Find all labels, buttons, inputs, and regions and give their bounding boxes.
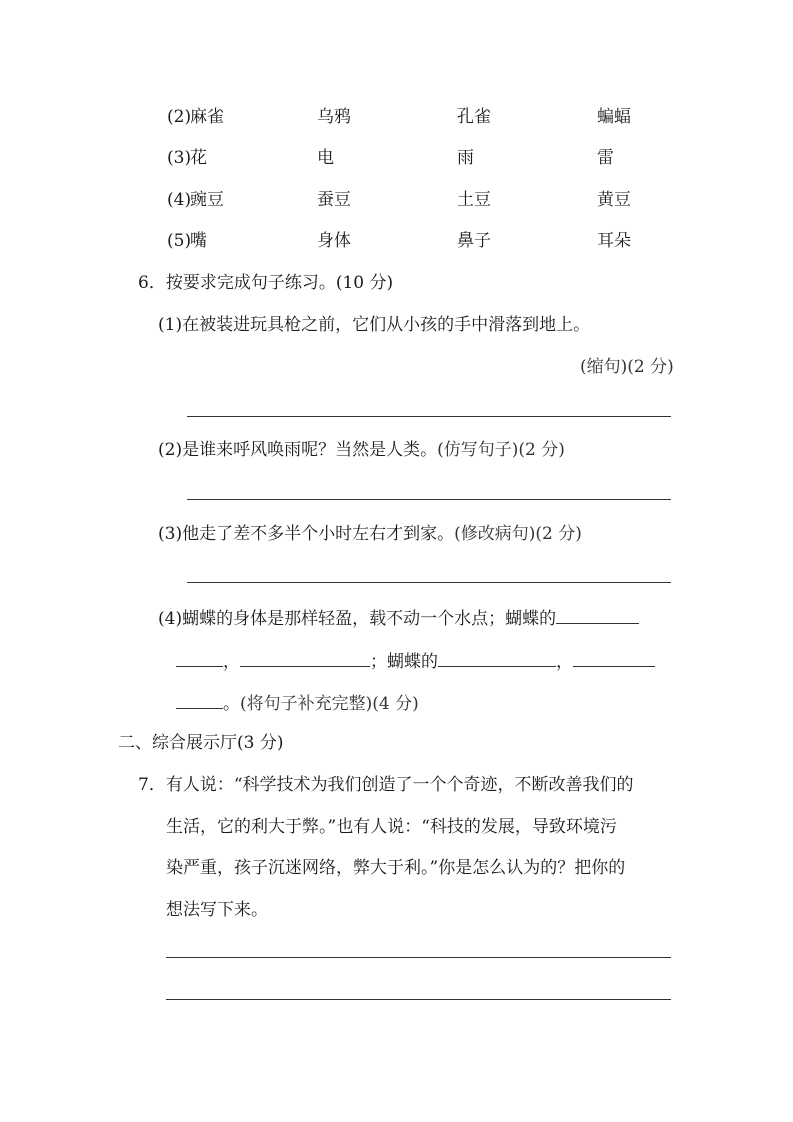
q6-item-4-line3: 。(将句子补充完整)(4 分) [176, 692, 419, 714]
word: 雷 [597, 148, 614, 168]
answer-line-1[interactable] [187, 416, 671, 417]
word: 花 [190, 148, 207, 168]
separator: ， [556, 652, 573, 672]
answer-line-4[interactable] [166, 957, 671, 958]
q6-item-2: (2)是谁来呼风唤雨呢？当然是人类。(仿写句子)(2 分) [158, 440, 565, 460]
blank-4b[interactable] [176, 692, 223, 709]
word: 黄豆 [597, 190, 631, 210]
section-2-title: 二、综合展示厅(3 分) [118, 733, 283, 753]
q6-item-1-text: (1)在被装进玩具枪之前，它们从小孩的手中滑落到地上。 [158, 315, 590, 335]
word: 孔雀 [457, 107, 491, 127]
word: 电 [317, 148, 334, 168]
word: 身体 [317, 231, 351, 251]
q6-item-2-text: (2)是谁来呼风唤雨呢？当然是人类。 [158, 440, 437, 460]
q6-item-2-hint: (仿写句子)(2 分) [437, 440, 565, 460]
word: 豌豆 [190, 190, 224, 210]
word: 蚕豆 [317, 190, 351, 210]
word-group-label: (5) [167, 231, 191, 251]
blank-1a[interactable] [556, 607, 639, 624]
word: 嘴 [190, 231, 207, 251]
word-group-label: (2) [167, 107, 191, 127]
word: 耳朵 [597, 231, 631, 251]
q7-line-3: 染严重，孩子沉迷网络，弊大于利。”你是怎么认为的？把你的 [166, 858, 625, 878]
blank-4a[interactable] [573, 650, 655, 667]
separator: ；蝴蝶的 [370, 652, 438, 672]
blank-3[interactable] [438, 650, 556, 667]
q7-line-1: 7．有人说：“科学技术为我们创造了一个个奇迹，不断改善我们的 [138, 775, 634, 795]
q6-item-4-hint: (将句子补充完整)(4 分) [240, 694, 419, 714]
word: 土豆 [457, 190, 491, 210]
q7-line-2: 生活，它的利大于弊。”也有人说：“科技的发展，导致环境污 [166, 817, 617, 837]
word: 麻雀 [190, 107, 224, 127]
blank-2[interactable] [240, 650, 370, 667]
q6-item-3: (3)他走了差不多半个小时左右才到家。(修改病句)(2 分) [158, 524, 582, 544]
word: 蝙蝠 [597, 107, 631, 127]
separator: ， [223, 652, 240, 672]
q6-item-4-text: (4)蝴蝶的身体是那样轻盈，载不动一个水点；蝴蝶的 [158, 609, 556, 629]
end-punct: 。 [223, 694, 240, 714]
q6-item-4-line1: (4)蝴蝶的身体是那样轻盈，载不动一个水点；蝴蝶的 [158, 607, 639, 629]
word: 雨 [457, 148, 474, 168]
question-6-title: 6．按要求完成句子练习。(10 分) [138, 273, 393, 293]
word: 鼻子 [457, 231, 491, 251]
word-group-label: (3) [167, 148, 191, 168]
q6-item-3-hint: (修改病句)(2 分) [454, 524, 582, 544]
answer-line-2[interactable] [187, 499, 671, 500]
word-group-label: (4) [167, 190, 191, 210]
word: 乌鸦 [317, 107, 351, 127]
answer-line-5[interactable] [166, 999, 671, 1000]
q7-line-4: 想法写下来。 [166, 900, 268, 920]
blank-1b[interactable] [176, 650, 223, 667]
answer-line-3[interactable] [187, 582, 671, 583]
q6-item-4-line2: ，；蝴蝶的， [176, 650, 655, 672]
q6-item-1-hint: (缩句)(2 分) [580, 357, 674, 377]
q6-item-3-text: (3)他走了差不多半个小时左右才到家。 [158, 524, 454, 544]
